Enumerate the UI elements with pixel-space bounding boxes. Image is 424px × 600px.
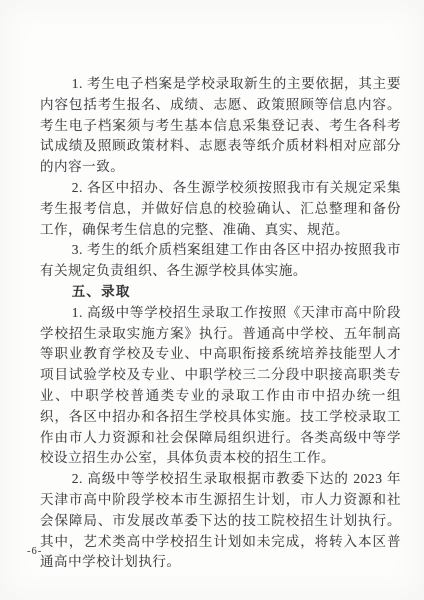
scanned-document-page: 1. 考生电子档案是学校录取新生的主要依据，其主要内容包括考生报名、成绩、志愿、…: [0, 0, 424, 600]
section-heading-admission: 五、录取: [40, 282, 401, 303]
paragraph-info-collection: 2. 各区中招办、各生源学校须按照我市有关规定采集考生报考信息，并做好信息的校验…: [40, 178, 401, 240]
paragraph-electronic-records: 1. 考生电子档案是学校录取新生的主要依据，其主要内容包括考生报名、成绩、志愿、…: [40, 74, 401, 178]
paragraph-admission-plan: 2. 高级中等学校招生录取根据市教委下达的 2023 年天津市高中阶段学校本市生…: [40, 469, 401, 573]
page-number: -6-: [27, 546, 42, 557]
document-body-text: 1. 考生电子档案是学校录取新生的主要依据，其主要内容包括考生报名、成绩、志愿、…: [40, 74, 401, 573]
paragraph-admission-organization: 1. 高级中等学校招生录取工作按照《天津市高中阶段学校招生录取实施方案》执行。普…: [40, 303, 401, 469]
paragraph-paper-records: 3. 考生的纸介质档案组建工作由各区中招办按照我市有关规定负责组织、各生源学校具…: [40, 240, 401, 282]
